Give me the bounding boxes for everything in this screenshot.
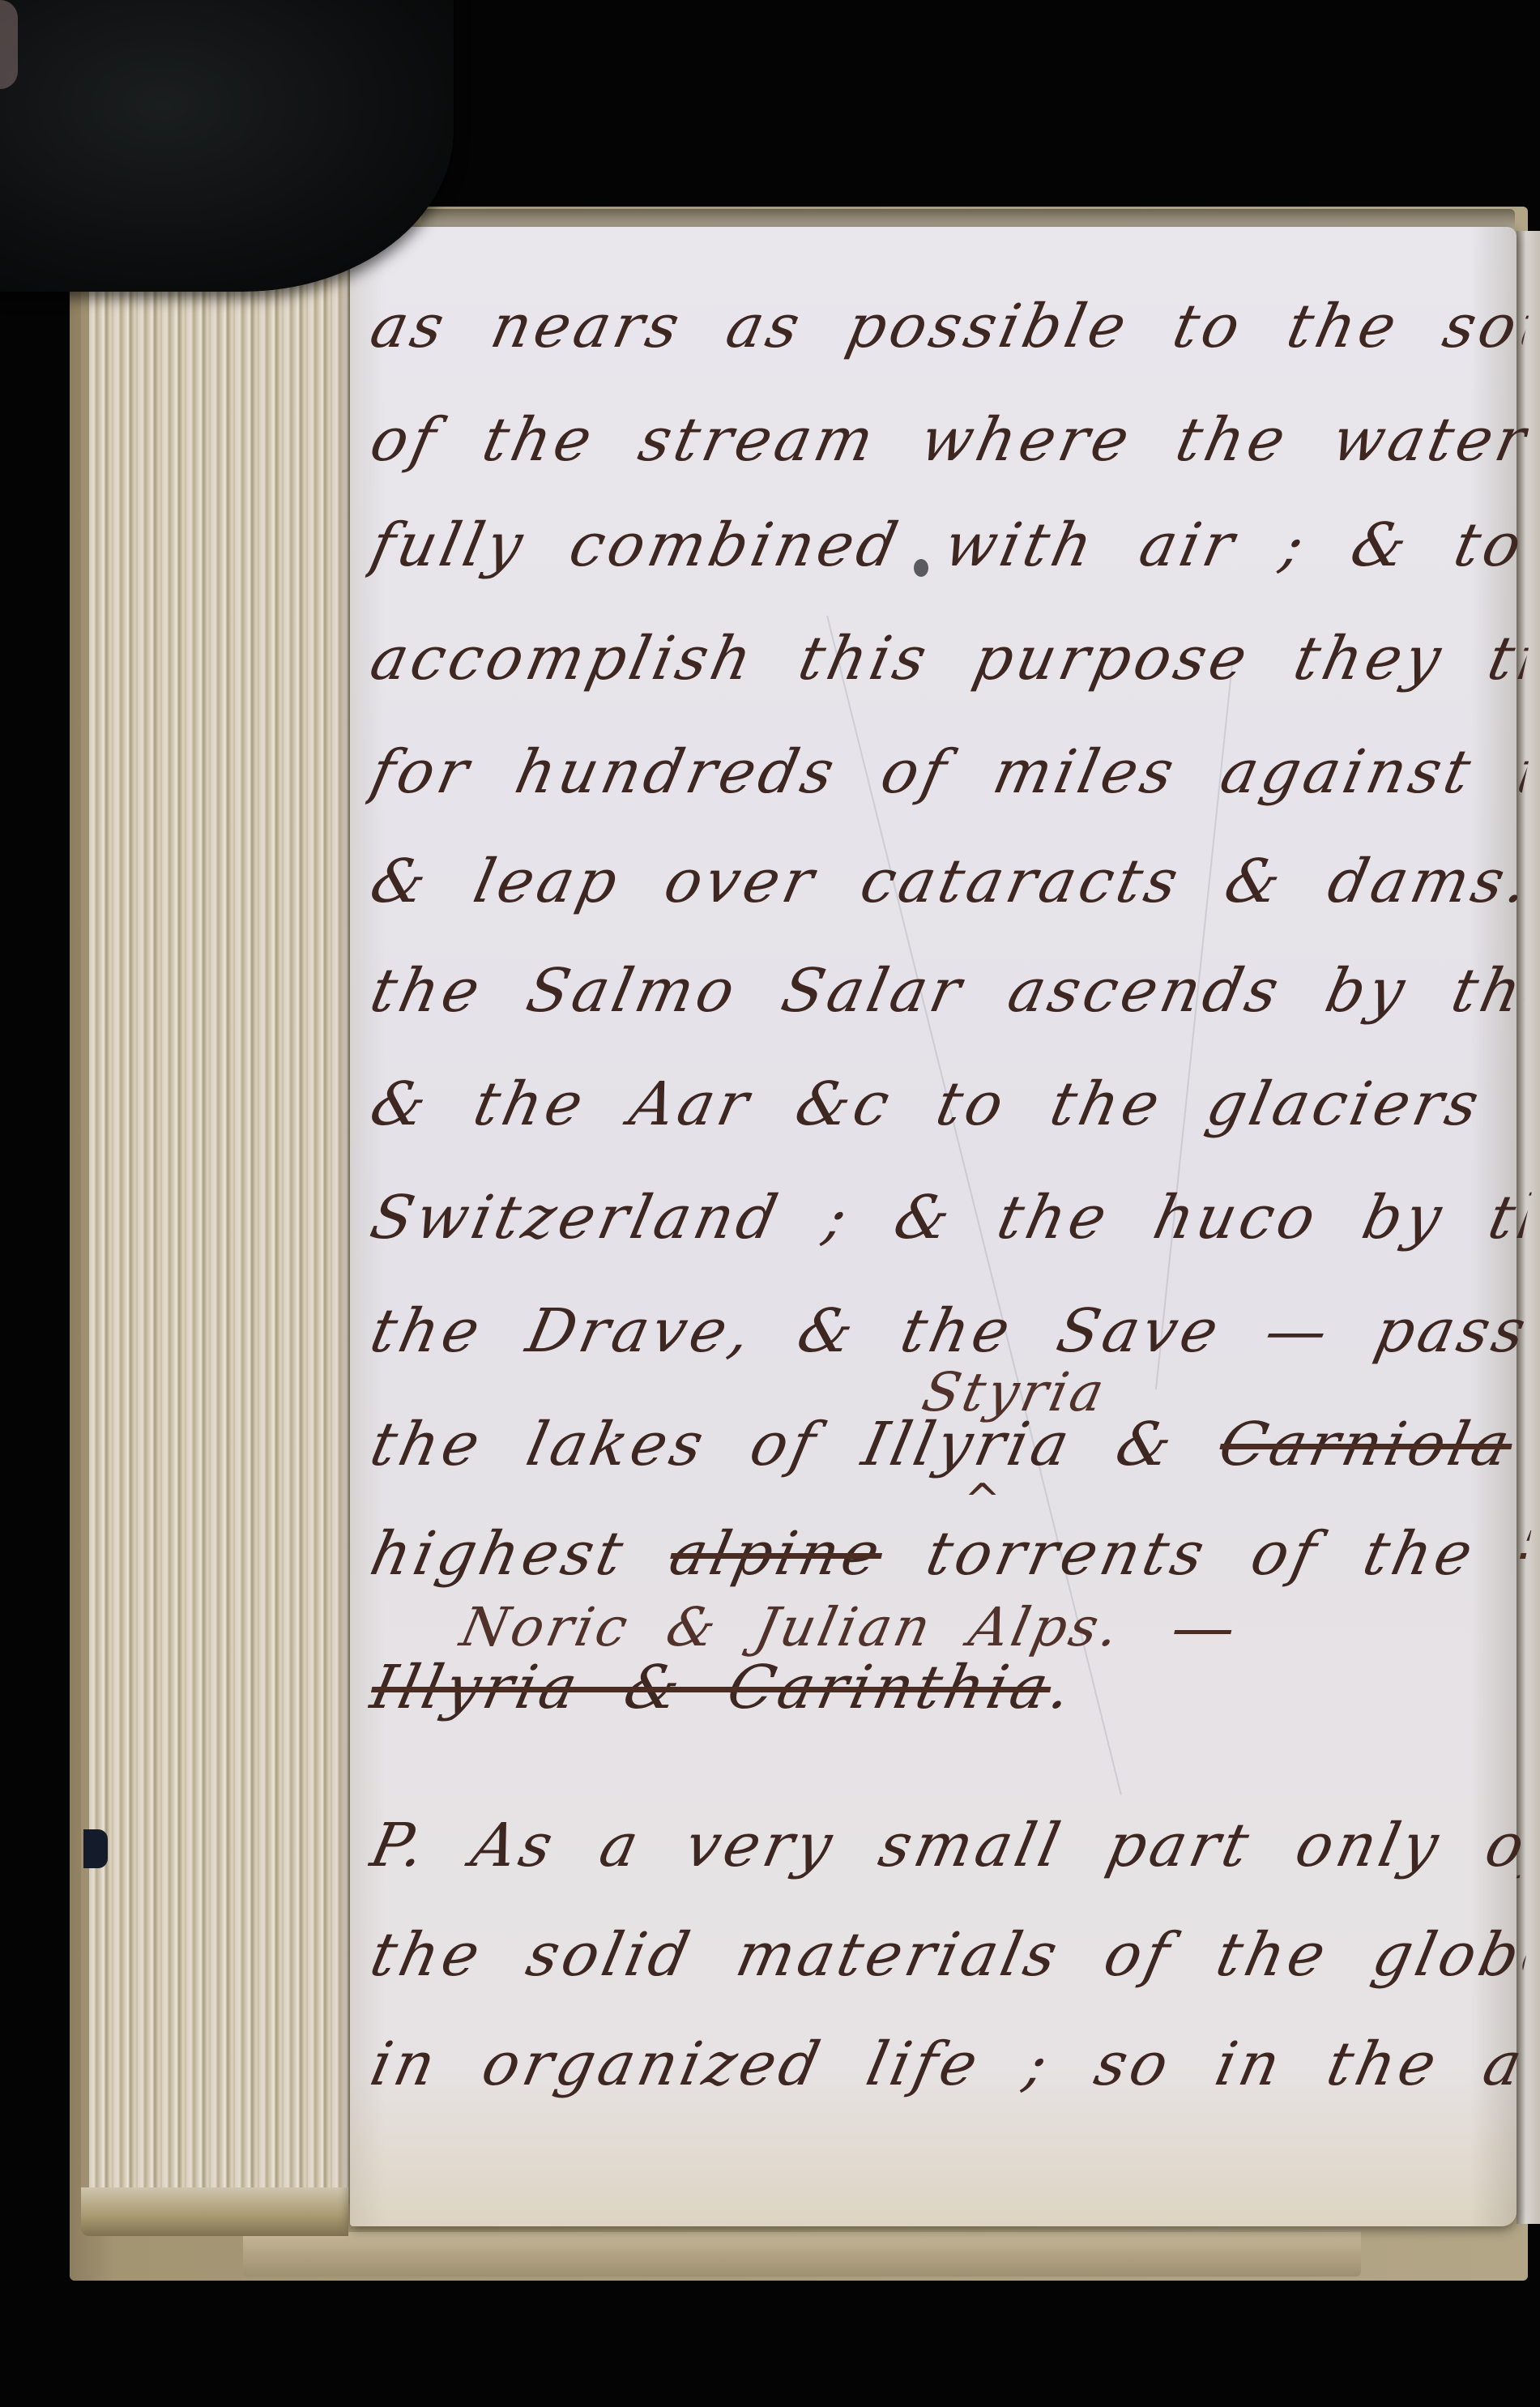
line-suffix: ascends by the Rhine	[1002, 956, 1534, 1026]
skin-edge	[0, 0, 18, 89]
struck-phrase: Illyria & Carinthia	[365, 1653, 1058, 1722]
line-text: for hundreds of miles against the curren…	[365, 737, 1534, 807]
line-prefix: the	[365, 956, 489, 1026]
blue-bookmark-tab	[83, 1829, 108, 1868]
insertion-text: Noric & Julian Alps.	[455, 1596, 1128, 1658]
line-text: of the stream where the water is	[365, 405, 1534, 475]
line-text: the Drave, & the Save — passing through	[365, 1296, 1534, 1366]
line-text: accomplish this purpose they travel	[365, 624, 1534, 694]
gloved-finger	[0, 0, 454, 292]
line-text: fully combined with air ; & to	[365, 510, 1531, 580]
line-text: in organized life ; so in the atmosphere	[365, 2029, 1534, 2099]
line-text: Switzerland ; & the huco by the Danube	[365, 1183, 1534, 1253]
dash	[1174, 1630, 1231, 1634]
photo-background: as nears as possible to the source of th…	[0, 0, 1540, 2407]
text-line: & the Aar &c to the glaciers of	[365, 1069, 1534, 1139]
handwritten-text: as nears as possible to the source of th…	[365, 243, 1523, 2171]
line-text: & the Aar &c to the glaciers of	[365, 1069, 1534, 1139]
insertion-noric-julian-alps: Noric & Julian Alps.	[455, 1596, 1239, 1658]
text-line: fully combined with air ; & to	[365, 510, 1531, 580]
insertion-text: Styria	[917, 1361, 1112, 1423]
text-line: the Drave, & the Save — passing through	[365, 1296, 1534, 1366]
insertion-caret: ^	[964, 1475, 1000, 1526]
line-middle: torrents of the	[920, 1519, 1482, 1589]
insertion-styria: Styria	[917, 1361, 1112, 1423]
text-line: in organized life ; so in the atmosphere	[365, 2029, 1534, 2099]
struck-word: alpine	[663, 1519, 889, 1589]
page-stack-bottom	[81, 2187, 348, 2236]
book-cover-bottom-edge	[243, 2232, 1361, 2277]
line-prefix: highest	[365, 1519, 633, 1589]
text-line: the solid materials of the globe are use…	[365, 1920, 1534, 1990]
text-line: & leap over cataracts & dams. Thus	[365, 847, 1534, 916]
text-line: highest alpine torrents of the Tyrol,	[365, 1519, 1534, 1589]
text-line: P. As a very small part only of	[365, 1811, 1534, 1880]
page-stack-edges	[81, 243, 356, 2204]
text-line: as nears as possible to the source	[365, 292, 1534, 361]
struck-word: Carniola	[1214, 1410, 1520, 1479]
text-line: the Salmo Salar ascends by the Rhine	[365, 956, 1534, 1026]
underlined-species-name: Salmo Salar	[521, 956, 971, 1026]
line-text: & leap over cataracts & dams. Thus	[365, 847, 1534, 916]
text-line: accomplish this purpose they travel	[365, 624, 1534, 694]
text-line: Switzerland ; & the huco by the Danube	[365, 1183, 1534, 1253]
line-prefix: the solid materials of the globe	[365, 1920, 1534, 1990]
line-text: P. As a very small part only of	[365, 1811, 1534, 1880]
line-text: as nears as possible to the source	[365, 292, 1534, 361]
text-line: of the stream where the water is	[365, 405, 1534, 475]
text-line: for hundreds of miles against the curren…	[365, 737, 1534, 807]
text-line: Illyria & Carinthia.	[365, 1653, 1081, 1722]
